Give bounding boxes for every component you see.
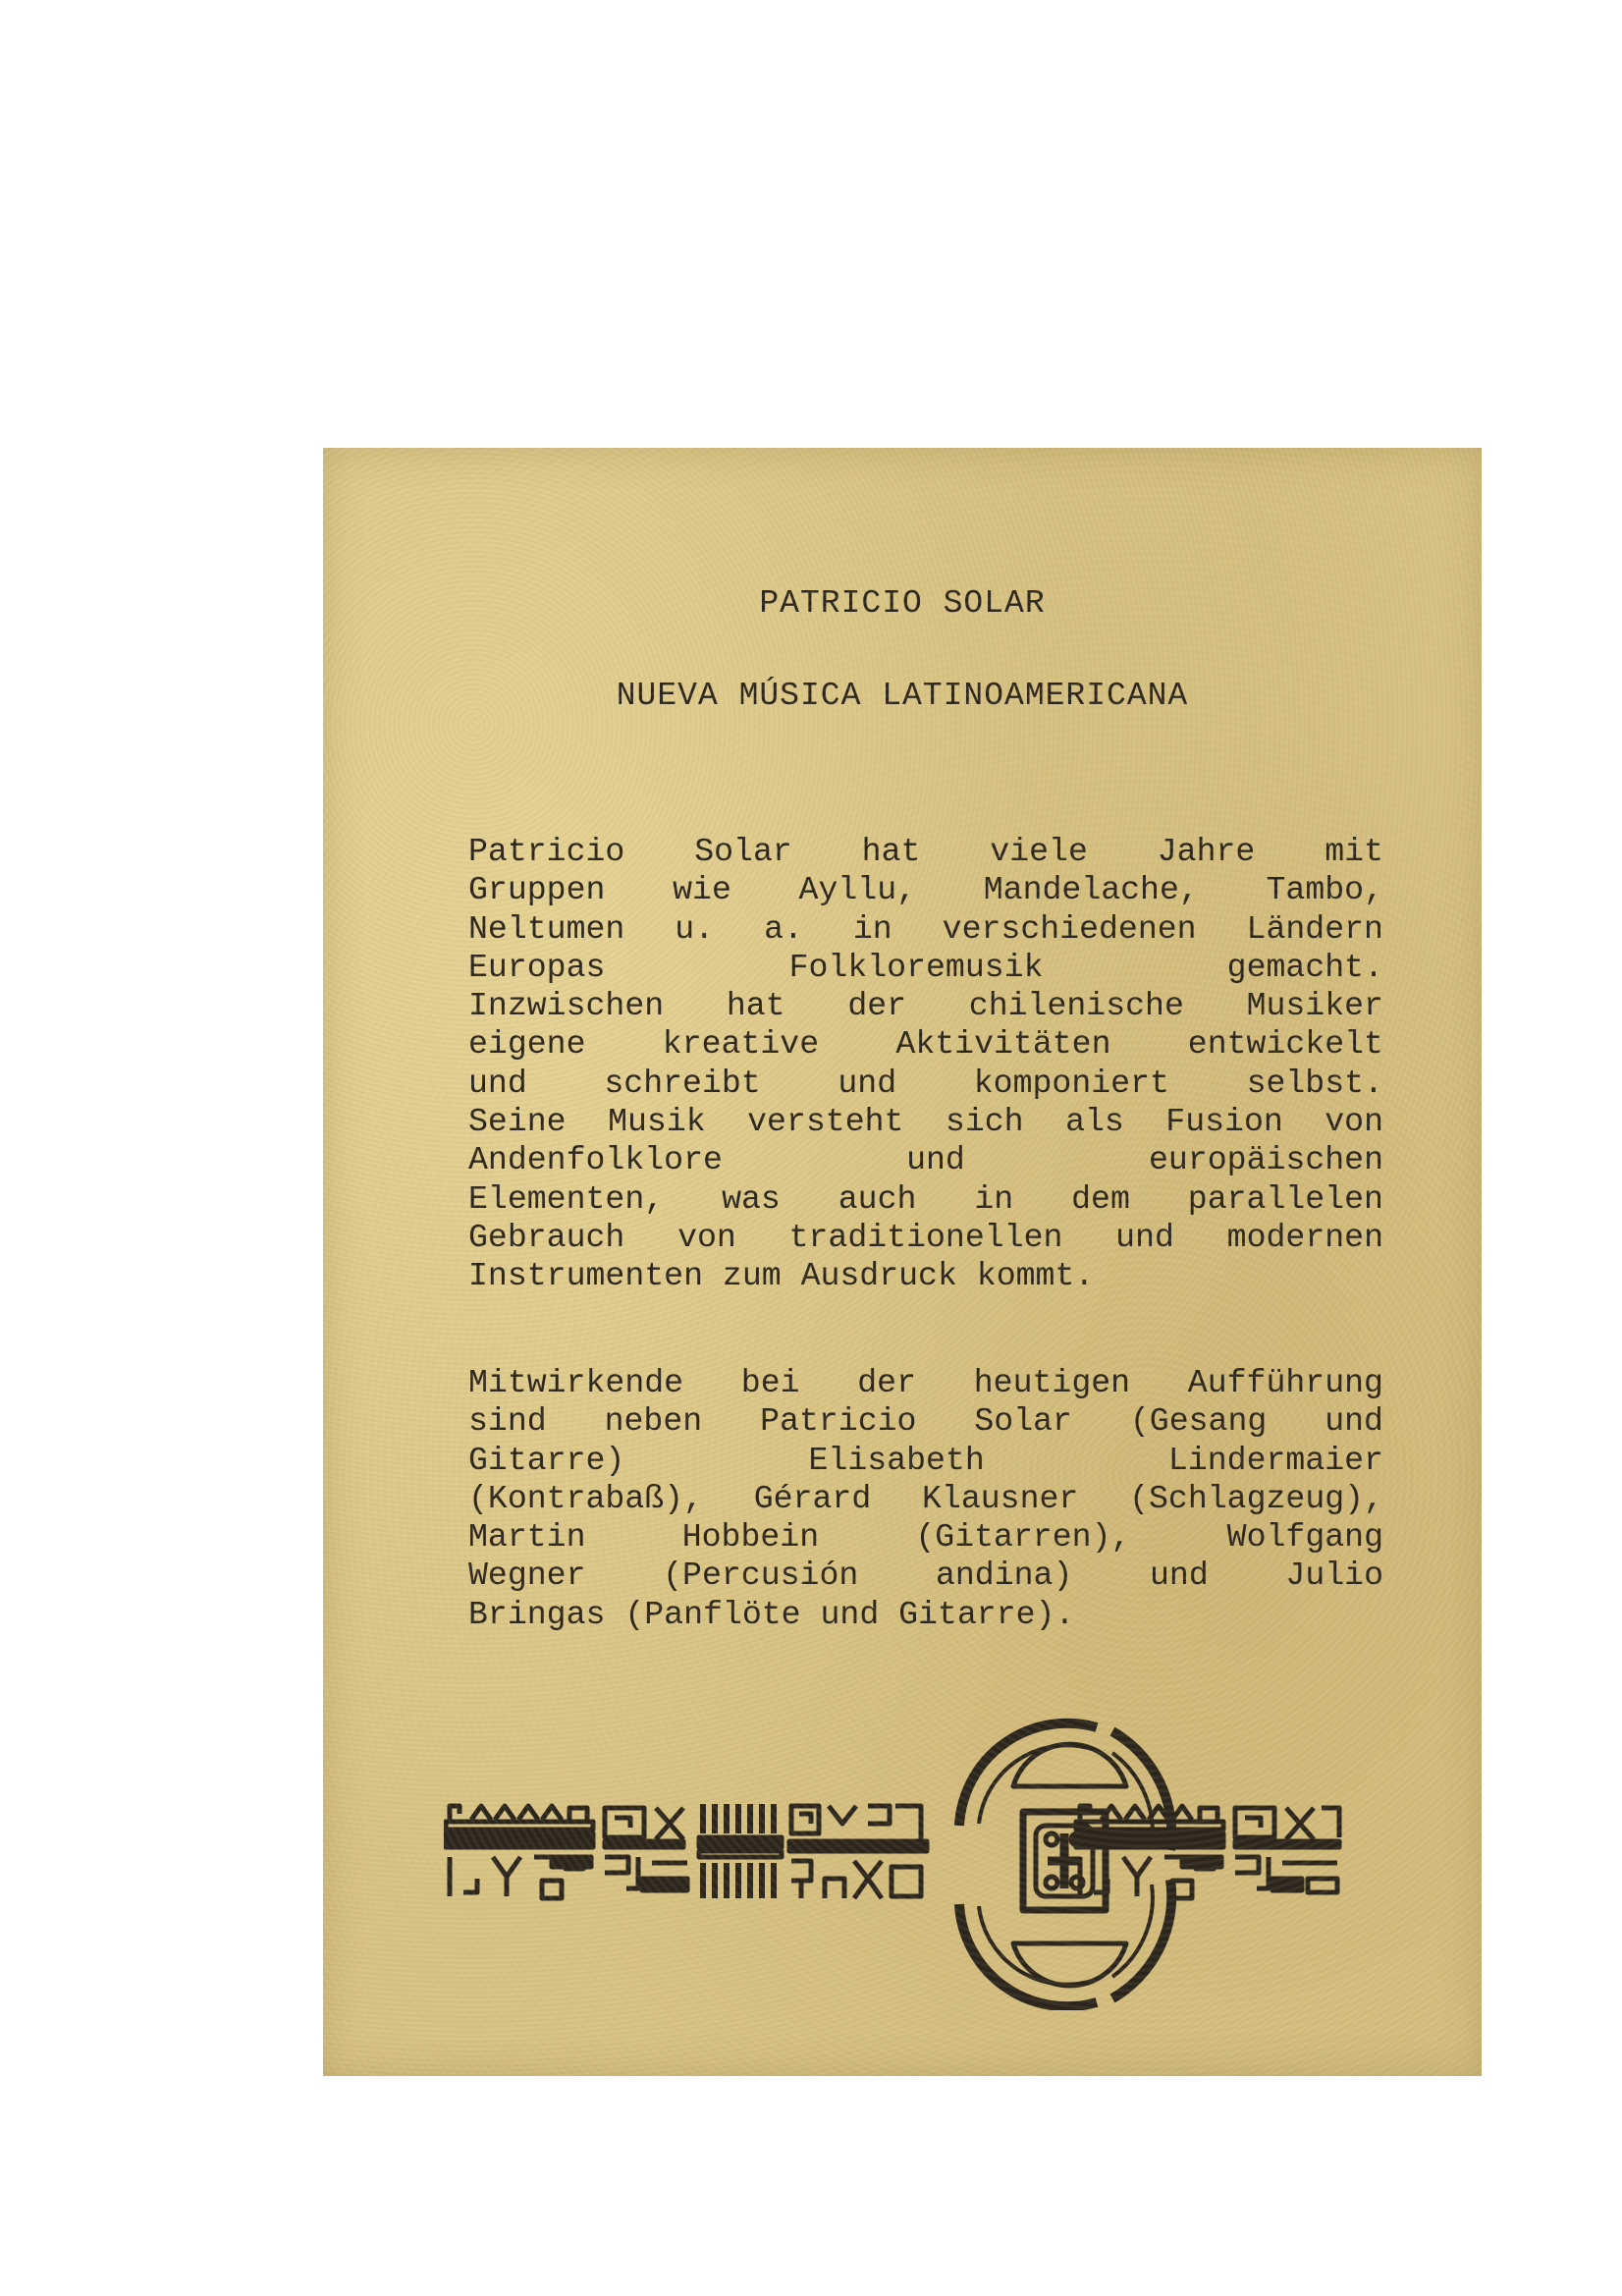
text-line: EuropasFolkloremusikgemacht.: [468, 949, 1383, 987]
text-line: Elementen,wasauchindemparallelen: [468, 1180, 1383, 1219]
text-line: Neltumenu.a.inverschiedenenLändern: [468, 910, 1383, 949]
text-line: eigenekreativeAktivitätenentwickelt: [468, 1025, 1383, 1064]
text-line: SeineMusikverstehtsichalsFusionvon: [468, 1103, 1383, 1141]
text-line: (Kontrabaß),GérardKlausner(Schlagzeug),: [468, 1480, 1383, 1518]
text-line: InstrumentenzumAusdruckkommt.: [468, 1257, 1383, 1295]
text-line: Gebrauchvontraditionellenundmodernen: [468, 1219, 1383, 1257]
page-title: PATRICIO SOLAR: [323, 585, 1482, 622]
text-line: Andenfolkloreundeuropäischen: [468, 1141, 1383, 1179]
text-line: Wegner(Percusiónandina)undJulio: [468, 1557, 1383, 1595]
text-line: PatricioSolarhatvieleJahremit: [468, 833, 1383, 871]
text-line: Bringas(PanflöteundGitarre).: [468, 1596, 1383, 1634]
text-line: Gitarre)ElisabethLindermaier: [468, 1442, 1383, 1480]
text-line: GruppenwieAyllu,Mandelache,Tambo,: [468, 871, 1383, 909]
performers-paragraph: MitwirkendebeiderheutigenAufführungsindn…: [468, 1364, 1383, 1634]
text-line: sindnebenPatricioSolar(Gesangund: [468, 1402, 1383, 1441]
page-subtitle: NUEVA MÚSICA LATINOAMERICANA: [323, 678, 1482, 714]
biography-paragraph: PatricioSolarhatvieleJahremitGruppenwieA…: [468, 833, 1383, 1296]
text-line: undschreibtundkomponiertselbst.: [468, 1065, 1383, 1103]
andean-ornament-icon: [444, 1718, 1344, 2010]
text-line: MartinHobbein(Gitarren),Wolfgang: [468, 1518, 1383, 1557]
text-line: MitwirkendebeiderheutigenAufführung: [468, 1364, 1383, 1402]
program-sheet: PATRICIO SOLAR NUEVA MÚSICA LATINOAMERIC…: [323, 448, 1482, 2076]
text-line: InzwischenhatderchilenischeMusiker: [468, 987, 1383, 1025]
